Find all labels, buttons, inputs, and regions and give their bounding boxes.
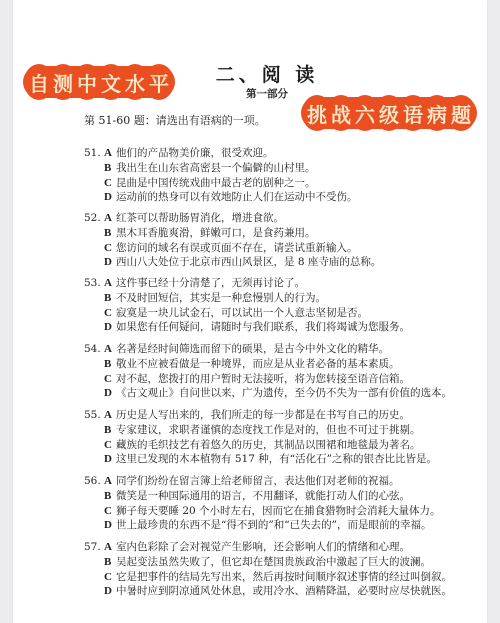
question-number [84, 190, 104, 205]
question-number [84, 489, 104, 504]
option-text: 昆曲是中国传统戏曲中最古老的剧种之一。 [116, 176, 316, 191]
question-54: 54.A名著是经时间筛选而留下的硕果，是古今中外文化的精华。B敬业不应被看做是一… [84, 342, 452, 401]
question-number [84, 241, 104, 256]
badge-char-text: 挑 [307, 99, 327, 128]
option-letter: D [104, 255, 116, 270]
option-row[interactable]: 56.A同学们纷纷在留言簿上给老师留言，表达他们对老师的祝福。 [84, 474, 441, 489]
badge-char-text: 水 [125, 68, 145, 97]
question-number: 53. [84, 276, 104, 291]
option-text: 中暑时应到阴凉通风处休息，或用冷水、酒精降温，必要时应尽快就医。 [116, 584, 452, 599]
badge-self-test-chinese-level: 自测中文水平 [23, 66, 175, 98]
option-row[interactable]: 55.A历史是人写出来的，我们所走的每一步都是在书写自己的历史。 [84, 408, 437, 423]
option-row[interactable]: C昆曲是中国传统戏曲中最古老的剧种之一。 [84, 176, 358, 191]
option-row[interactable]: C狮子每天要睡 20 个小时左右，因而它在捕食猎物时会消耗大量体力。 [84, 504, 441, 519]
badge-char: 文 [99, 66, 123, 98]
badge-char: 六 [353, 97, 377, 129]
option-text: 吴起变法虽然失败了，但它却在楚国贵族政治中激起了巨大的波澜。 [116, 555, 431, 570]
badge-char-text: 战 [331, 99, 351, 128]
option-row[interactable]: D西山八大处位于北京市西山风景区，是 8 座寺庙的总称。 [84, 255, 381, 270]
question-number [84, 518, 104, 533]
option-row[interactable]: B吴起变法虽然失败了，但它却在楚国贵族政治中激起了巨大的波澜。 [84, 555, 452, 570]
option-letter: B [104, 357, 116, 372]
badge-char: 病 [425, 97, 449, 129]
badge-char: 题 [449, 97, 473, 129]
option-text: 我出生在山东省高密县一个偏僻的山村里。 [116, 161, 316, 176]
option-row[interactable]: D运动前的热身可以有效地防止人们在运动中不受伤。 [84, 190, 358, 205]
option-letter: B [104, 423, 116, 438]
badge-char: 中 [75, 66, 99, 98]
option-text: 室内色彩除了会对视觉产生影响，还会影响人们的情绪和心理。 [116, 540, 410, 555]
option-row[interactable]: C您访问的域名有误或页面不存在，请尝试重新输入。 [84, 241, 381, 256]
option-letter: B [104, 161, 116, 176]
option-letter: A [104, 276, 116, 291]
question-number [84, 291, 104, 306]
option-text: 它是把事件的结局先写出来，然后再按时间顺序叙述事情的经过叫倒叙。 [116, 570, 452, 585]
question-number [84, 226, 104, 241]
question-number [84, 176, 104, 191]
option-row[interactable]: 53.A这件事已经十分清楚了，无须再讨论了。 [84, 276, 410, 291]
option-text: 敬业不应被看做是一种境界，而应是从业者必备的基本素质。 [116, 357, 400, 372]
option-text: 世上最珍贵的东西不是“得不到的”和“已失去的”，而是眼前的幸福。 [116, 518, 431, 533]
question-56: 56.A同学们纷纷在留言簿上给老师留言，表达他们对老师的祝福。B微笑是一种国际通… [84, 474, 441, 533]
option-letter: C [104, 306, 116, 321]
question-52: 52.A红茶可以帮助肠胃消化，增进食欲。B黑木耳香脆爽滑，鲜嫩可口，是食药兼用。… [84, 211, 381, 270]
option-row[interactable]: C对不起，您拨打的用户暂时无法接听，将为您转接至语音信箱。 [84, 372, 452, 387]
question-number [84, 555, 104, 570]
option-row[interactable]: B专家建议，求职者谨慎的态度找工作是对的，但也不可过于挑剔。 [84, 423, 437, 438]
option-text: 《古文观止》自问世以来，广为遗传，至今仍不失为一部有价值的选本。 [116, 386, 452, 401]
badge-char-text: 平 [149, 68, 169, 97]
option-row[interactable]: 54.A名著是经时间筛选而留下的硕果，是古今中外文化的精华。 [84, 342, 452, 357]
option-row[interactable]: C它是把事件的结局先写出来，然后再按时间顺序叙述事情的经过叫倒叙。 [84, 570, 452, 585]
question-53: 53.A这件事已经十分清楚了，无须再讨论了。B不及时回短信，其实是一种怠慢别人的… [84, 276, 410, 335]
option-text: 西山八大处位于北京市西山风景区，是 8 座寺庙的总称。 [116, 255, 381, 270]
option-text: 狮子每天要睡 20 个小时左右，因而它在捕食猎物时会消耗大量体力。 [116, 504, 441, 519]
badge-char: 测 [51, 66, 75, 98]
option-text: 黑木耳香脆爽滑，鲜嫩可口，是食药兼用。 [116, 226, 316, 241]
badge-char-text: 级 [379, 99, 399, 128]
option-text: 他们的产品物美价廉，很受欢迎。 [116, 146, 274, 161]
option-row[interactable]: D《古文观止》自问世以来，广为遗传，至今仍不失为一部有价值的选本。 [84, 386, 452, 401]
option-letter: C [104, 176, 116, 191]
option-text: 微笑是一种国际通用的语言，不用翻译，就能打动人们的心弦。 [116, 489, 410, 504]
option-letter: A [104, 408, 116, 423]
badge-char-text: 语 [403, 99, 423, 128]
option-letter: C [104, 570, 116, 585]
question-number: 51. [84, 146, 104, 161]
option-text: 历史是人写出来的，我们所走的每一步都是在书写自己的历史。 [116, 408, 410, 423]
option-row[interactable]: D这里已发现的木本植物有 517 种，有“活化石”之称的银杏比比皆是。 [84, 452, 437, 467]
option-letter: D [104, 386, 116, 401]
option-row[interactable]: B敬业不应被看做是一种境界，而应是从业者必备的基本素质。 [84, 357, 452, 372]
badge-char-text: 中 [77, 68, 97, 97]
option-text: 藏族的毛织技艺有着悠久的历史，其制品以围裙和地毯最为著名。 [116, 438, 421, 453]
question-number [84, 423, 104, 438]
option-letter: C [104, 241, 116, 256]
question-number [84, 306, 104, 321]
option-letter: D [104, 452, 116, 467]
question-number [84, 584, 104, 599]
option-letter: A [104, 146, 116, 161]
question-number: 54. [84, 342, 104, 357]
option-text: 如果您有任何疑问，请随时与我们联系，我们将竭诚为您服务。 [116, 320, 410, 335]
instruction-text: 第 51-60 题：请选出有语病的一项。 [84, 112, 266, 128]
question-number [84, 386, 104, 401]
option-row[interactable]: D中暑时应到阴凉通风处休息，或用冷水、酒精降温，必要时应尽快就医。 [84, 584, 452, 599]
option-letter: A [104, 540, 116, 555]
option-text: 名著是经时间筛选而留下的硕果，是古今中外文化的精华。 [116, 342, 389, 357]
question-number [84, 504, 104, 519]
option-letter: C [104, 504, 116, 519]
option-letter: A [104, 342, 116, 357]
question-number [84, 438, 104, 453]
question-number [84, 161, 104, 176]
badge-char-text: 自 [29, 68, 49, 97]
question-number [84, 357, 104, 372]
option-text: 这里已发现的木本植物有 517 种，有“活化石”之称的银杏比比皆是。 [116, 452, 437, 467]
badge-char: 自 [27, 66, 51, 98]
badge-char-text: 病 [427, 99, 447, 128]
option-row[interactable]: B微笑是一种国际通用的语言，不用翻译，就能打动人们的心弦。 [84, 489, 441, 504]
question-number: 57. [84, 540, 104, 555]
option-row[interactable]: 57.A室内色彩除了会对视觉产生影响，还会影响人们的情绪和心理。 [84, 540, 452, 555]
option-letter: D [104, 584, 116, 599]
option-row[interactable]: B黑木耳香脆爽滑，鲜嫩可口，是食药兼用。 [84, 226, 381, 241]
badge-challenge-hsk6-grammar-errors: 挑战六级语病题 [301, 97, 477, 129]
badge-char-text: 六 [355, 99, 375, 128]
question-57: 57.A室内色彩除了会对视觉产生影响，还会影响人们的情绪和心理。B吴起变法虽然失… [84, 540, 452, 599]
option-row[interactable]: D世上最珍贵的东西不是“得不到的”和“已失去的”，而是眼前的幸福。 [84, 518, 441, 533]
option-letter: B [104, 226, 116, 241]
question-51: 51.A他们的产品物美价廉，很受欢迎。B我出生在山东省高密县一个偏僻的山村里。C… [84, 146, 358, 205]
option-text: 寂寞是一块儿试金石，可以试出一个人意志坚韧是否。 [116, 306, 368, 321]
option-letter: D [104, 320, 116, 335]
question-number: 55. [84, 408, 104, 423]
option-text: 不及时回短信，其实是一种怠慢别人的行为。 [116, 291, 326, 306]
question-number [84, 255, 104, 270]
badge-char: 级 [377, 97, 401, 129]
badge-char: 语 [401, 97, 425, 129]
option-text: 运动前的热身可以有效地防止人们在运动中不受伤。 [116, 190, 358, 205]
badge-char: 水 [123, 66, 147, 98]
option-letter: B [104, 489, 116, 504]
option-row[interactable]: C藏族的毛织技艺有着悠久的历史，其制品以围裙和地毯最为著名。 [84, 438, 437, 453]
option-row[interactable]: D如果您有任何疑问，请随时与我们联系，我们将竭诚为您服务。 [84, 320, 410, 335]
question-number [84, 372, 104, 387]
option-text: 您访问的域名有误或页面不存在，请尝试重新输入。 [116, 241, 358, 256]
option-text: 红茶可以帮助肠胃消化，增进食欲。 [116, 211, 284, 226]
badge-char-text: 文 [101, 68, 121, 97]
question-number [84, 320, 104, 335]
question-55: 55.A历史是人写出来的，我们所走的每一步都是在书写自己的历史。B专家建议，求职… [84, 408, 437, 467]
option-text: 专家建议，求职者谨慎的态度找工作是对的，但也不可过于挑剔。 [116, 423, 421, 438]
option-text: 这件事已经十分清楚了，无须再讨论了。 [116, 276, 305, 291]
question-number [84, 452, 104, 467]
option-row[interactable]: B我出生在山东省高密县一个偏僻的山村里。 [84, 161, 358, 176]
question-number: 56. [84, 474, 104, 489]
option-letter: D [104, 190, 116, 205]
badge-char: 挑 [305, 97, 329, 129]
badge-char: 战 [329, 97, 353, 129]
option-row[interactable]: B不及时回短信，其实是一种怠慢别人的行为。 [84, 291, 410, 306]
option-row[interactable]: 51.A他们的产品物美价廉，很受欢迎。 [84, 146, 358, 161]
option-row[interactable]: C寂寞是一块儿试金石，可以试出一个人意志坚韧是否。 [84, 306, 410, 321]
question-number [84, 570, 104, 585]
option-letter: B [104, 555, 116, 570]
badge-char: 平 [147, 66, 171, 98]
badge-char-text: 题 [451, 99, 471, 128]
option-letter: C [104, 372, 116, 387]
option-text: 同学们纷纷在留言簿上给老师留言，表达他们对老师的祝福。 [116, 474, 400, 489]
option-row[interactable]: 52.A红茶可以帮助肠胃消化，增进食欲。 [84, 211, 381, 226]
option-letter: A [104, 474, 116, 489]
option-letter: D [104, 518, 116, 533]
option-letter: A [104, 211, 116, 226]
question-number: 52. [84, 211, 104, 226]
option-letter: C [104, 438, 116, 453]
option-text: 对不起，您拨打的用户暂时无法接听，将为您转接至语音信箱。 [116, 372, 410, 387]
option-letter: B [104, 291, 116, 306]
badge-char-text: 测 [53, 68, 73, 97]
